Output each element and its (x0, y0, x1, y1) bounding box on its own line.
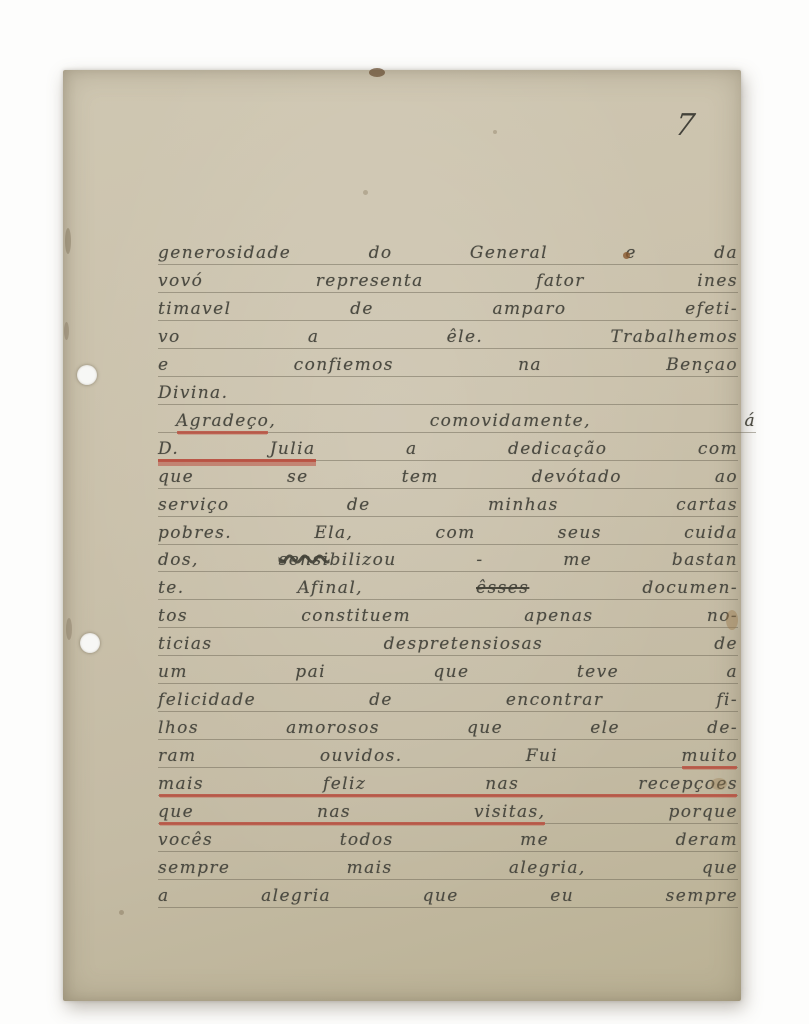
manuscript-line: felicidade de encontrar fi- (158, 685, 738, 712)
manuscript-line: mais feliz nas recepçoes (158, 769, 738, 796)
handwritten-text: vovó representa fator ines (158, 271, 738, 291)
manuscript-paper-sheet: 7 generosidade do General e davovó repre… (63, 70, 741, 1001)
handwritten-text: dos, (158, 550, 199, 570)
handwritten-text: lhos amorosos que ele de- (158, 718, 738, 738)
manuscript-line: tos constituem apenas no- (158, 601, 738, 628)
manuscript-line: lhos amorosos que ele de- (158, 713, 738, 740)
stain (119, 910, 124, 915)
stain (65, 228, 71, 254)
manuscript-line: que nas visitas, porque (158, 797, 738, 824)
manuscript-line: dos, sensibilizou - me bastan (158, 545, 738, 572)
handwritten-text: um pai que teve a (158, 662, 738, 682)
marked-handwritten-text: êsses (476, 578, 529, 598)
manuscript-line: Agradeço, comovidamente, á (158, 406, 756, 433)
marked-handwritten-text: que nas visitas, (158, 802, 546, 822)
handwritten-text: ram ouvidos. Fui (158, 746, 558, 766)
manuscript-line: vocês todos me deram (158, 825, 738, 852)
marked-handwritten-text: D. Julia (158, 439, 316, 459)
manuscript-line: timavel de amparo efeti- (158, 294, 738, 321)
manuscript-line: D. Julia a dedicação com (158, 434, 738, 461)
stain (369, 68, 385, 77)
handwritten-text: pobres. Ela, com seus cuida (158, 523, 738, 543)
photo-background: { "document": { "type": "handwritten-man… (0, 0, 809, 1024)
stain (66, 618, 72, 640)
manuscript-text-block: generosidade do General e davovó represe… (63, 70, 741, 1001)
manuscript-line: generosidade do General e da (158, 238, 738, 265)
manuscript-line: pobres. Ela, com seus cuida (158, 518, 738, 545)
handwritten-text: serviço de minhas cartas (158, 495, 738, 515)
stain (726, 610, 738, 630)
handwritten-text: generosidade do General e da (158, 243, 738, 263)
handwritten-text: sempre mais alegria, que (158, 858, 738, 878)
handwritten-text: a dedicação com (406, 439, 738, 459)
handwritten-text: ticias despretensiosas de (158, 634, 738, 654)
handwritten-text: a alegria que eu sempre (158, 886, 738, 906)
stain (363, 190, 368, 195)
manuscript-line: Divina. (158, 378, 738, 405)
stain (623, 252, 630, 259)
marked-handwritten-text: sensi (279, 550, 330, 570)
manuscript-line: um pai que teve a (158, 657, 738, 684)
handwritten-text: te. Afinal, (158, 578, 363, 598)
manuscript-line: vo a êle. Trabalhemos (158, 322, 738, 349)
handwritten-text: , comovidamente, á (269, 411, 756, 431)
handwritten-text: vocês todos me deram (158, 830, 738, 850)
handwritten-text: porque (668, 802, 738, 822)
handwritten-text: tos constituem apenas no- (158, 606, 738, 626)
handwritten-text: e confiemos na Bençao (158, 355, 738, 375)
handwritten-text: documen- (642, 578, 738, 598)
punch-hole-bottom (80, 633, 100, 653)
manuscript-line: ticias despretensiosas de (158, 629, 738, 656)
manuscript-line: te. Afinal, êsses documen- (158, 573, 738, 600)
handwritten-text: vo a êle. Trabalhemos (158, 327, 738, 347)
manuscript-line: ram ouvidos. Fui muito (158, 741, 738, 768)
handwritten-text: timavel de amparo efeti- (158, 299, 738, 319)
stain (711, 778, 727, 790)
marked-handwritten-text: muito (681, 746, 738, 766)
manuscript-line: sempre mais alegria, que (158, 853, 738, 880)
manuscript-line: que se tem devótado ao (158, 462, 738, 489)
handwritten-text: bilizou - me bastan (330, 550, 739, 570)
punch-hole-top (77, 365, 97, 385)
handwritten-text: que se tem devótado ao (158, 467, 738, 487)
marked-handwritten-text: Agradeço (176, 411, 269, 431)
manuscript-line: vovó representa fator ines (158, 266, 738, 293)
manuscript-line: serviço de minhas cartas (158, 490, 738, 517)
manuscript-line: a alegria que eu sempre (158, 881, 738, 908)
stain (64, 322, 69, 340)
handwritten-text: Divina. (158, 383, 228, 403)
handwritten-text: felicidade de encontrar fi- (158, 690, 738, 710)
marked-handwritten-text: mais feliz nas recepçoes (158, 774, 738, 794)
manuscript-line: e confiemos na Bençao (158, 350, 738, 377)
stain (493, 130, 497, 134)
